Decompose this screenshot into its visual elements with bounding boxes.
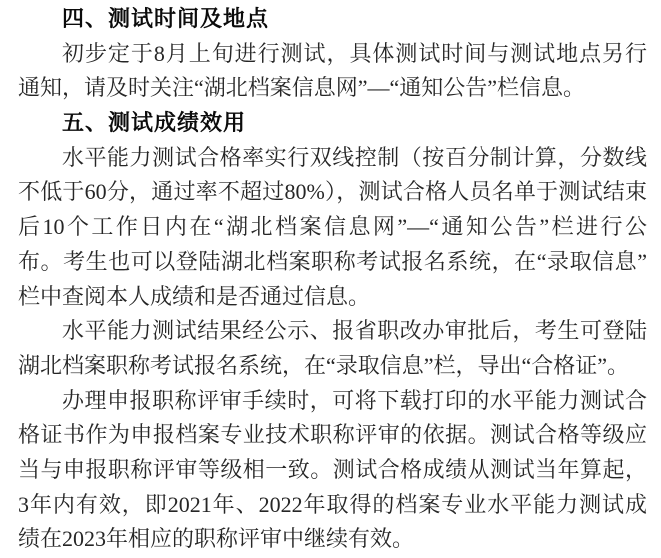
text-line: 不低于60分，通过率不超过80%），测试合格人员名单于测试结束 xyxy=(18,175,647,210)
document-text-block: 四、测试时间及地点 初步定于8月上旬进行测试，具体测试时间与测试地点另行 通知，… xyxy=(18,2,647,557)
text-line: 后10个工作日内在“湖北档案信息网”—“通知公告”栏进行公 xyxy=(18,210,647,245)
text-line: 格证书作为申报档案专业技术职称评审的依据。测试合格等级应 xyxy=(18,418,647,453)
document-page: 四、测试时间及地点 初步定于8月上旬进行测试，具体测试时间与测试地点另行 通知，… xyxy=(0,0,661,558)
text-line: 初步定于8月上旬进行测试，具体测试时间与测试地点另行 xyxy=(18,37,647,72)
section-4-heading: 四、测试时间及地点 xyxy=(18,2,647,37)
text-line: 布。考生也可以登陆湖北档案职称考试报名系统，在“录取信息” xyxy=(18,245,647,280)
section-5-heading: 五、测试成绩效用 xyxy=(18,106,647,141)
text-line: 水平能力测试合格率实行双线控制（按百分制计算，分数线 xyxy=(18,141,647,176)
text-line: 办理申报职称评审手续时，可将下载打印的水平能力测试合 xyxy=(18,384,647,419)
text-line: 湖北档案职称考试报名系统，在“录取信息”栏，导出“合格证”。 xyxy=(18,349,647,384)
text-line: 当与申报职称评审等级相一致。测试合格成绩从测试当年算起， xyxy=(18,453,647,488)
text-line: 3年内有效，即2021年、2022年取得的档案专业水平能力测试成 xyxy=(18,488,647,523)
text-line: 栏中查阅本人成绩和是否通过信息。 xyxy=(18,280,647,315)
text-line: 通知，请及时关注“湖北档案信息网”—“通知公告”栏信息。 xyxy=(18,71,647,106)
text-line: 水平能力测试结果经公示、报省职改办审批后，考生可登陆 xyxy=(18,314,647,349)
text-line: 绩在2023年相应的职称评审中继续有效。 xyxy=(18,522,647,557)
